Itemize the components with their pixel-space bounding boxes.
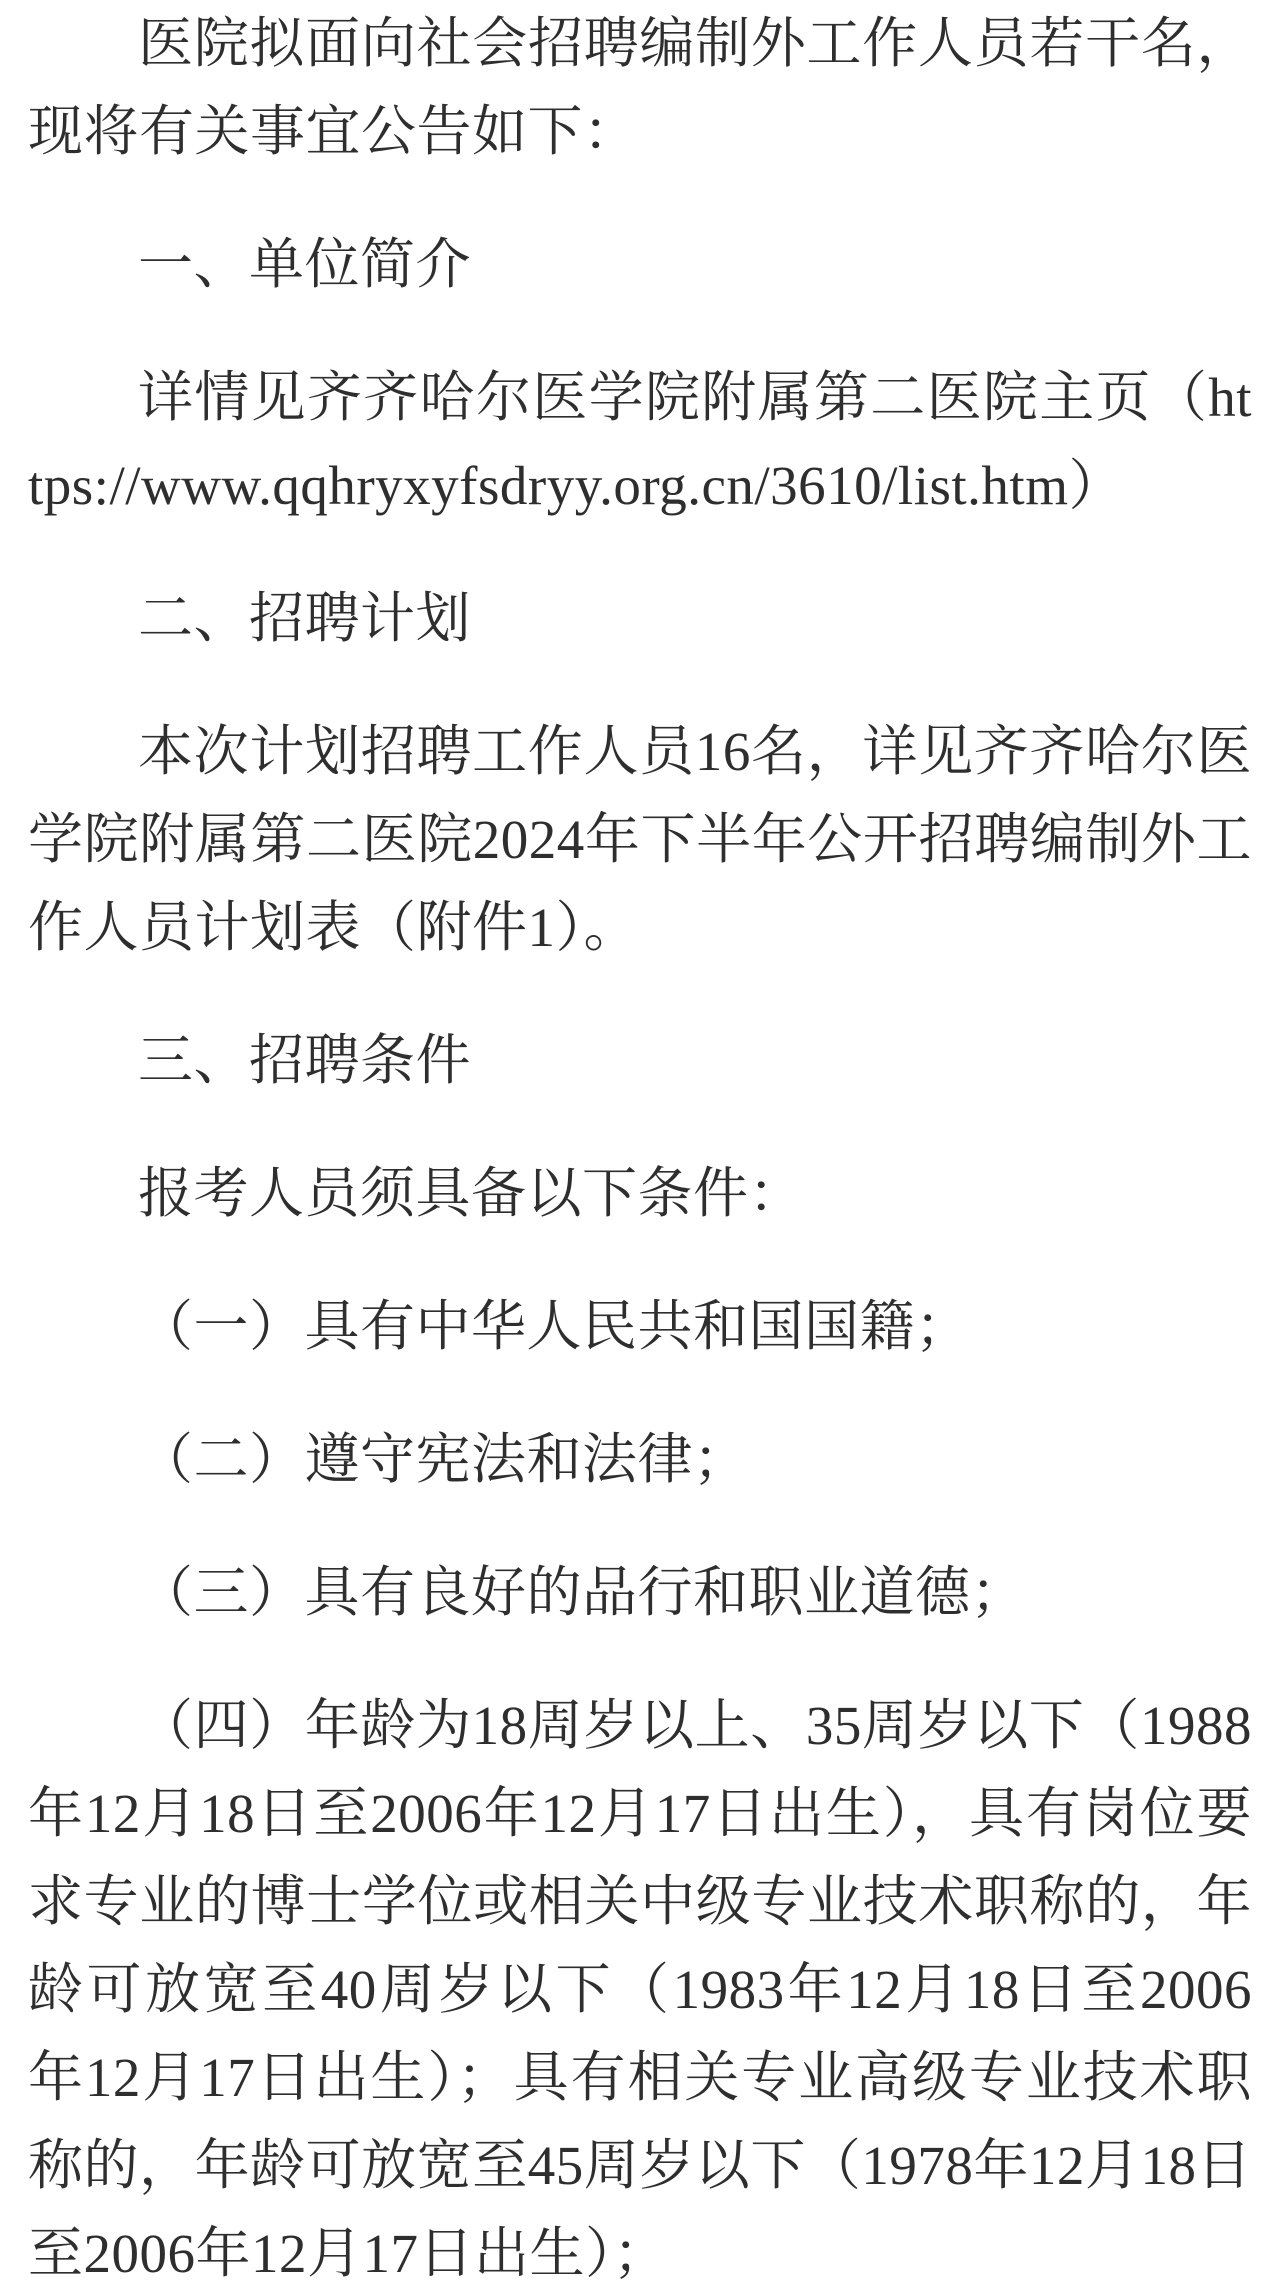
condition-item-4-age-requirements: （四）年龄为18周岁以上、35周岁以下（1988年12月18日至2006年12月… [28, 1682, 1252, 2295]
recruitment-announcement-document: 医院拟面向社会招聘编制外工作人员若干名，现将有关事宜公告如下： 一、单位简介 详… [0, 0, 1280, 2295]
condition-item-3: （三）具有良好的品行和职业道德； [28, 1549, 1252, 1637]
section-2-body: 本次计划招聘工作人员16名，详见齐齐哈尔医学院附属第二医院2024年下半年公开招… [28, 708, 1252, 972]
section-3-heading: 三、招聘条件 [28, 1017, 1252, 1105]
condition-item-2: （二）遵守宪法和法律； [28, 1416, 1252, 1504]
section-1-heading: 一、单位简介 [28, 221, 1252, 309]
section-2-heading: 二、招聘计划 [28, 575, 1252, 663]
condition-item-1: （一）具有中华人民共和国国籍； [28, 1283, 1252, 1371]
section-3-intro: 报考人员须具备以下条件： [28, 1150, 1252, 1238]
section-1-body-with-homepage-url: 详情见齐齐哈尔医学院附属第二医院主页（https://www.qqhryxyfs… [28, 354, 1252, 530]
intro-paragraph: 医院拟面向社会招聘编制外工作人员若干名，现将有关事宜公告如下： [28, 0, 1252, 176]
